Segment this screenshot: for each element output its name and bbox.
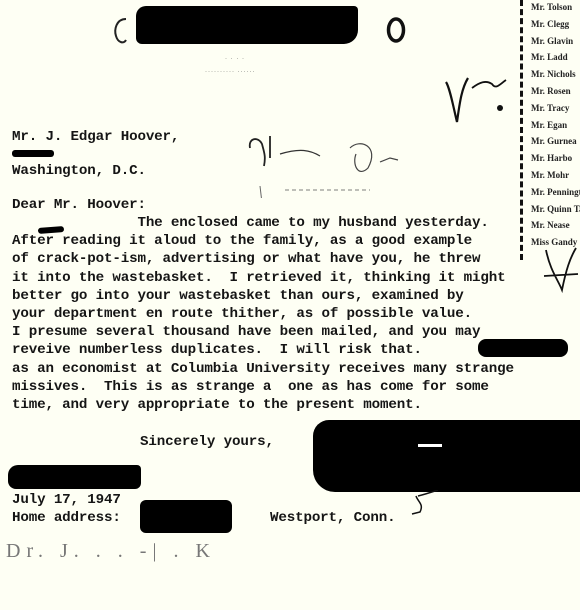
routing-slip-item: Mr. Tolson — [531, 2, 572, 12]
home-address-city: Westport, Conn. — [270, 510, 395, 527]
routing-slip-item: Mr. Pennington — [531, 187, 580, 197]
letter-body-line: I presume several thousand have been mai… — [12, 324, 480, 341]
handwritten-annotation-icon — [240, 128, 420, 198]
redaction-inline-body — [478, 339, 568, 357]
home-address-label: Home address: — [12, 510, 121, 527]
letter-body-line: better go into your wastebasket than our… — [12, 288, 464, 305]
routing-slip-item: Mr. Harbo — [531, 153, 572, 163]
letter-date: July 17, 1947 — [12, 492, 121, 509]
closing: Sincerely yours, — [140, 434, 274, 451]
letter-body-line: After reading it aloud to the family, as… — [12, 233, 472, 250]
letter-body-line: of crack-pot-ism, advertising or what ha… — [12, 251, 480, 268]
redaction-gap — [418, 444, 442, 447]
handwritten-bottom-note: Dr. J. . . -| . K — [6, 540, 216, 563]
redaction-signature — [313, 420, 580, 492]
stamp-circle-left-icon — [112, 16, 134, 46]
stamp-circle-right-icon — [384, 14, 408, 46]
stamp-text-line1: · · · · — [225, 56, 245, 62]
routing-slip-item: Mr. Tracy — [531, 103, 569, 113]
letter-body-line: your department en route thither, as of … — [12, 306, 472, 323]
routing-slip-item: Mr. Mohr — [531, 170, 569, 180]
routing-slip-item: Mr. Gurnea — [531, 136, 577, 146]
recipient-name: Mr. J. Edgar Hoover, — [12, 129, 179, 146]
routing-slip-item: Mr. Egan — [531, 120, 567, 130]
routing-slip: Mr. TolsonMr. CleggMr. GlavinMr. LaddMr.… — [520, 0, 580, 260]
routing-slip-item: Mr. Ladd — [531, 52, 568, 62]
redaction-header — [136, 6, 358, 44]
routing-slip-item: Mr. Rosen — [531, 86, 571, 96]
salutation: Dear Mr. Hoover: — [12, 197, 146, 214]
redaction-address-line — [12, 150, 54, 157]
routing-slip-item: Mr. Nichols — [531, 69, 576, 79]
letter-body-line: missives. This is as strange a one as ha… — [12, 379, 489, 396]
handwritten-mark-icon — [390, 490, 450, 520]
handwritten-initials-icon — [540, 240, 580, 300]
letter-body-line: as an economist at Columbia University r… — [12, 361, 514, 378]
letter-page: · · · · ·········· ······ Mr. TolsonMr. … — [0, 0, 580, 610]
stamp-text-line2: ·········· ······ — [205, 69, 256, 75]
handwritten-checkmark-icon — [440, 60, 510, 130]
letter-body-line: The enclosed came to my husband yesterda… — [12, 215, 489, 232]
routing-slip-item: Mr. Nease — [531, 220, 570, 230]
letter-body-line: it into the wastebasket. I retrieved it,… — [12, 270, 505, 287]
routing-slip-item: Mr. Clegg — [531, 19, 569, 29]
redaction-left-signature — [8, 465, 141, 489]
letter-body-line: time, and very appropriate to the presen… — [12, 397, 422, 414]
letter-body-line: reveive numberless duplicates. I will ri… — [12, 342, 422, 359]
redaction-home-address — [140, 500, 232, 533]
routing-slip-item: Mr. Quinn Tamm — [531, 204, 580, 214]
routing-slip-item: Mr. Glavin — [531, 36, 573, 46]
recipient-city: Washington, D.C. — [12, 163, 146, 180]
